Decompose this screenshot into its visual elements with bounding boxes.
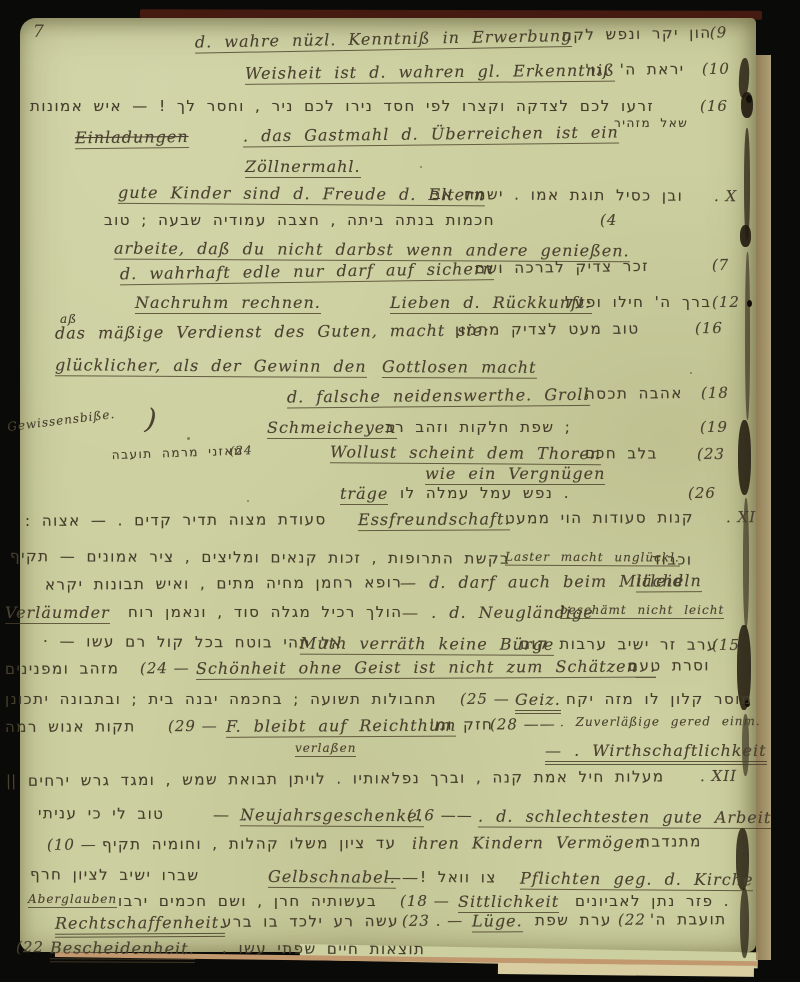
handwriting-segment: עד ציון משלו קהלות , וחומיה תקיף (102, 834, 397, 854)
handwriting-row: gute Kinder sind d. Freude d. Elternובן … (0, 182, 800, 212)
handwriting-row: רופא רחמן מחיה מתים , ואיש תבונות יקרא— … (0, 570, 800, 600)
handwriting-segment: (29 — (168, 717, 218, 735)
handwriting-segment: ערת שפת (535, 911, 612, 929)
handwriting-segment: טוב לי כי עניתי (38, 804, 165, 823)
handwriting-segment: . XII (700, 767, 737, 785)
handwriting-segment: זכר צדיק לברכה ושם (475, 257, 649, 277)
handwriting-segment: (25 — (460, 690, 510, 708)
handwriting-segment: gute Kinder sind d. Freude d. Eltern (118, 183, 485, 207)
handwriting-segment: Schönheit ohne Geist ist nicht zum Schät… (196, 657, 656, 680)
handwriting-segment: beschämt nicht leicht (560, 603, 724, 619)
handwriting-row: (10 —עד ציון משלו קהלות , וחומיה תקיףihr… (0, 832, 800, 860)
handwriting-segment: Muth verräth keine Bürge (300, 634, 554, 656)
handwriting-segment: צו וואל ! (420, 868, 497, 887)
handwriting-segment: wie ein Vergnügen (425, 464, 605, 485)
handwriting-segment: וכבוד (652, 550, 693, 568)
handwriting-segment: תחבולות תשועה ; בחכמה יבנה בית ; ובתבונה… (5, 690, 437, 708)
handwriting-segment: Weisheit ist d. wahren gl. Erkenntniß (245, 61, 615, 85)
handwriting-segment: Zöllnermahl. (245, 157, 361, 178)
handwriting-segment: (16 (700, 97, 728, 115)
handwriting-segment: (16 —— (407, 806, 473, 824)
handwriting-segment: Gelbschnabel. (268, 867, 396, 889)
handwriting-segment: בעשותיה חרן , ושם חכמים ירבו (118, 892, 377, 910)
handwriting-segment: (24 (229, 443, 252, 458)
manuscript-photo: 7 d. wahre nüzl. Kenntniß in Erwerbungהו… (0, 0, 800, 982)
handwriting-segment: (9 (710, 23, 728, 41)
handwriting-row: träge. נפש עמל עמלה לו(26 (0, 484, 800, 508)
handwriting-segment: glücklicher, als der Gewinn den (55, 355, 367, 378)
handwriting-segment: Geiz. (515, 690, 561, 714)
handwriting-segment: (15 (712, 636, 740, 654)
handwriting-segment: הון יקר ונפש לקח (562, 24, 712, 45)
handwriting-segment: יראת ה' וגו' (585, 60, 685, 79)
handwriting-row: verlaßen— . Wirthschaftlichkeit (0, 741, 800, 765)
handwriting-row: d. wahre nüzl. Kenntniß in Erwerbungהון … (0, 22, 800, 60)
handwriting-segment: (22 (16, 938, 44, 956)
handwriting-segment: זרעו לכם לצדקה וקצרו לפי חסד נירו לכם ני… (30, 97, 654, 115)
handwriting-segment: . נפש עמל עמלה לו (400, 484, 570, 502)
handwriting-segment: (12 (712, 293, 740, 311)
handwriting-segment: (18 (701, 384, 729, 402)
handwriting-row: מזהב ומפנינים(24 —Schönheit ohne Geist i… (0, 656, 800, 684)
handwriting-row: תחבולות תשועה ; בחכמה יבנה בית ; ובתבונה… (0, 690, 800, 714)
handwriting-row: (22Bescheidenheit.תוצאות חיים שפתי עשו . (0, 938, 800, 966)
handwriting-segment: חזק ומ' (430, 715, 493, 733)
handwriting-segment: (28 —— (490, 715, 556, 733)
handwriting-segment: Pflichten geg. d. Kirche (520, 869, 754, 892)
handwriting-segment: ובן כסיל תוגת אמו . ישמח אב (432, 185, 683, 205)
handwriting-segment: Lieben d. Rückkunft: (390, 293, 592, 314)
handwriting-segment: וסרת טעם (628, 656, 710, 674)
handwriting-segment: (18 — (400, 892, 450, 910)
handwriting-segment: — . Wirthschaftlichkeit (545, 741, 767, 765)
handwriting-segment: ערב זר ישיב ערבות קום (520, 635, 718, 654)
handwriting-row: Weisheit ist d. wahren gl. Erkenntnißירא… (0, 59, 800, 90)
handwriting-row: תקות אנוש רמה(29 —F. bleibt auf Reichthu… (0, 714, 800, 742)
handwriting-lines: d. wahre nüzl. Kenntniß in Erwerbungהון … (0, 0, 800, 982)
handwriting-segment: Neujahrsgeschenke. (240, 805, 424, 827)
handwriting-row: סעודת מצוה תדיר קדים . — אצוה :Essfreund… (0, 508, 800, 536)
handwriting-segment: F. bleibt auf Reichthum (226, 716, 457, 738)
handwriting-segment: Verläumder (5, 603, 110, 624)
handwriting-segment: (7 (712, 256, 730, 274)
handwriting-segment: סעודת מצוה תדיר קדים . — אצוה : (25, 510, 327, 530)
handwriting-segment: (23 . — (402, 912, 463, 930)
handwriting-segment: Sittlichkeit (458, 892, 559, 913)
handwriting-segment: מתנדבת (640, 832, 702, 850)
handwriting-row: טוב לי כי עניתי— .Neujahrsgeschenke.(16 … (0, 804, 800, 832)
handwriting-segment: עשה רע ילכד בו ברע (222, 912, 399, 931)
handwriting-segment: Rechtschaffenheit. (55, 913, 225, 938)
handwriting-segment: . פזר נתן לאביונים (575, 892, 730, 910)
handwriting-segment: שברו ישיב לציון חרף (30, 865, 200, 884)
handwriting-segment: (26 (688, 484, 716, 502)
handwriting-segment: . das Gastmahl d. Überreichen ist ein (243, 123, 619, 148)
handwriting-row: ||מעלות חיל אמת קנה , וברך נפלאותיו . לו… (0, 766, 800, 796)
handwriting-segment: Bescheidenheit. (50, 938, 195, 963)
handwriting-segment: הולך רכיל מגלה סוד , ונאמן רוח (128, 603, 403, 621)
handwriting-row: Verläumderהולך רכיל מגלה סוד , ונאמן רוח… (0, 603, 800, 627)
handwriting-segment: verlaßen (295, 741, 356, 757)
handwriting-segment: ihren Kindern Vermögen (412, 833, 646, 853)
handwriting-segment: טוב מעט לצדיק מהמון (455, 320, 640, 339)
handwriting-segment: ברך ה' חילו ופעל (565, 293, 712, 311)
handwriting-segment: Lüge. (472, 911, 523, 932)
handwriting-segment: בקשת התרופות , זכות קנאים ומליצים , ציר … (10, 547, 510, 568)
handwriting-segment: רופא רחמן מחיה מתים , ואיש תבונות יקרא (45, 573, 402, 593)
handwriting-row: Rechtschaffenheit.עשה רע ילכד בו ברע(23 … (0, 910, 800, 938)
handwriting-segment: . d. schlechtesten gute Arbeit (478, 807, 771, 830)
handwriting-segment: מזהב ומפנינים (5, 659, 120, 678)
handwriting-segment: (10 — (47, 835, 97, 853)
handwriting-segment: Essfreundschaft. (358, 509, 511, 531)
handwriting-segment: (10 (702, 60, 730, 78)
handwriting-segment: קנות סעודות הוי ממעט (505, 508, 694, 527)
handwriting-segment: . Zuverläßige gered einm. (560, 714, 761, 729)
handwriting-segment: d. wahrhaft edle nur darf auf sichern (120, 259, 494, 285)
handwriting-segment: Einladungen (75, 127, 189, 149)
handwriting-segment: Aberglauben (28, 892, 117, 908)
handwriting-row: Zöllnermahl. (0, 157, 800, 181)
handwriting-segment: תקות אנוש רמה (5, 717, 136, 736)
handwriting-segment: —— (385, 868, 419, 887)
handwriting-segment: . XI (726, 508, 756, 526)
handwriting-segment: תוצאות חיים שפתי עשו . (222, 939, 426, 958)
handwriting-segment: אל תהי בוטח בכל קול רם עשו — · (43, 632, 343, 652)
handwriting-segment: lächeln (636, 571, 702, 592)
handwriting-row: חכמות בנתה ביתה , חצבה עמודיה שבעה ; טוב… (0, 211, 800, 235)
handwriting-segment: Nachruhm rechnen. (135, 293, 321, 314)
handwriting-segment: (24 — (140, 659, 190, 677)
handwriting-segment: || (6, 772, 16, 790)
handwriting-segment: מוסר קלון לו מזה יקח (566, 690, 752, 708)
handwriting-segment: אהבה תכסה (585, 384, 683, 403)
handwriting-segment: d. wahre nüzl. Kenntniß in Erwerbung (195, 26, 573, 54)
handwriting-segment: das mäßige Verdienst des Guten, macht si… (55, 321, 490, 343)
handwriting-segment: תועבת ה' (650, 910, 727, 928)
handwriting-segment: Schmeicheyen (267, 418, 397, 439)
handwriting-segment: (22 (618, 911, 646, 929)
handwriting-segment: חכמות בנתה ביתה , חצבה עמודיה שבעה ; טוב (104, 211, 495, 229)
handwriting-segment: träge (340, 484, 388, 505)
handwriting-segment: מעלות חיל אמת קנה , וברך נפלאותיו . לוית… (28, 767, 665, 789)
handwriting-segment: (4 (600, 211, 617, 229)
handwriting-row: שברו ישיב לציון חרףGelbschnabel.——צו ווא… (0, 865, 800, 895)
handwriting-segment: . X (714, 187, 737, 205)
